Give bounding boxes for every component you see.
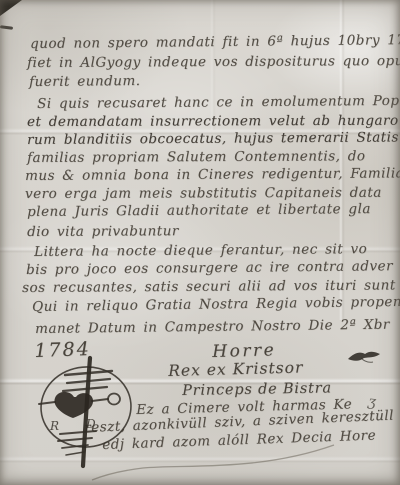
text-line-4: Si quis recusaret hanc ce in emolumentum… (37, 93, 400, 112)
cross-bar-icon (63, 387, 107, 391)
text-line-2: fiet in AlGyogy indeque vos dispositurus… (27, 53, 400, 71)
edge-ink-dash (0, 25, 13, 30)
text-line-9: vero erga jam meis substitutis Capitanei… (25, 185, 382, 202)
text-line-14: sos recusantes, satis securi alii ad vos… (22, 277, 396, 296)
text-line-12: Littera ha nocte dieque ferantur, nec si… (34, 241, 367, 260)
signature-title-1: Rex ex Kristsor (168, 358, 304, 380)
seal-letter-d: D (85, 417, 96, 431)
pen-flourish-icon (88, 442, 338, 482)
text-line-7: familias propriam Salutem Contemnentis, … (27, 148, 366, 166)
sword-hilt-icon (92, 399, 108, 401)
text-line-8: mus & omnia bona in Cineres redigentur, … (25, 165, 400, 184)
manuscript-photo: quod non spero mandati fit in 6ª hujus 1… (0, 0, 400, 485)
text-line-16: manet Datum in Campestro Nostro Die 2ª X… (35, 317, 390, 337)
text-line-5: et demandatam insurrectionem velut ab hu… (27, 113, 399, 130)
text-line-13: bis pro joco eos consurgere ac ire contr… (26, 258, 393, 278)
text-line-6: rum blanditiis obcoecatus, hujus temerar… (27, 129, 399, 148)
hatch-line-icon (60, 431, 96, 434)
text-line-3: fuerit eundum. (29, 73, 141, 90)
corner-shadow (0, 0, 22, 16)
text-line-15: Qui in reliquo Gratia Nostra Regia vobis… (32, 294, 400, 315)
signature-title-2: Princeps de Bistra (182, 380, 332, 399)
ink-blot-icon (347, 348, 381, 368)
text-line-10: plena Juris Gladii authoritate et libert… (27, 201, 371, 220)
hatch-line-icon (58, 438, 92, 441)
sword-loop-icon (108, 394, 120, 405)
hatch-line-icon (66, 452, 84, 455)
seal-letter-r: R (49, 419, 59, 433)
text-line-1: quod non spero mandati fit in 6ª hujus 1… (30, 32, 400, 52)
text-line-11: dio vita privabuntur (27, 223, 179, 240)
